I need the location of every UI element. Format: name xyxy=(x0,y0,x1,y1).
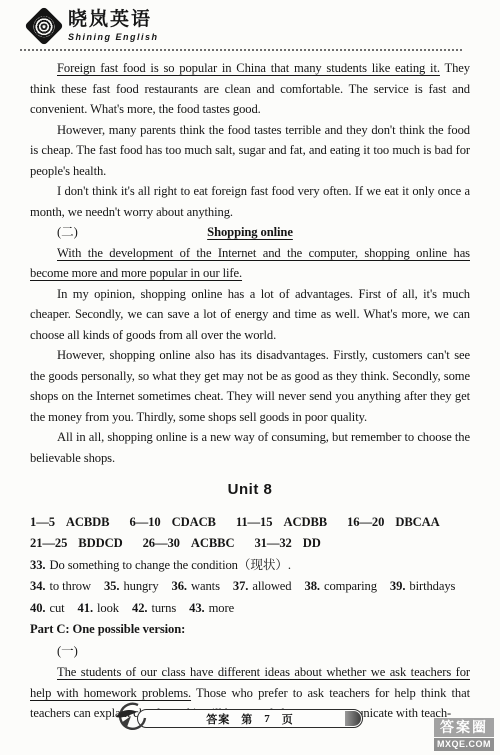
answer-text: wants xyxy=(191,579,220,593)
brand-logo: 晓岚英语 Shining English xyxy=(26,10,500,42)
footer-capsule: 答案 第 7 页 xyxy=(137,709,363,728)
section-marker: (二) xyxy=(57,222,78,243)
question-number: 33. xyxy=(30,558,45,572)
scanned-answer-page: 晓岚英语 Shining English Foreign fast food i… xyxy=(0,0,500,755)
watermark-domain: MXQE.COM xyxy=(434,738,494,751)
question-number: 39. xyxy=(390,579,405,593)
question-number: 40. xyxy=(30,601,45,615)
answer-group: 1—5ACBDB xyxy=(30,512,109,534)
question-number: 37. xyxy=(233,579,248,593)
answer-item: 37.allowed xyxy=(233,576,292,598)
question-range: 21—25 xyxy=(30,533,67,555)
page-header: 晓岚英语 Shining English xyxy=(0,0,500,51)
answer-group: 6—10CDACB xyxy=(129,512,215,534)
answer-item: 39.birthdays xyxy=(390,576,455,598)
answer-text: turns xyxy=(151,601,176,615)
question-number: 35. xyxy=(104,579,119,593)
answer-text: comparing xyxy=(324,579,377,593)
answer-item: 34.to throw xyxy=(30,576,91,598)
question-number: 43. xyxy=(189,601,204,615)
unit-heading: Unit 8 xyxy=(30,480,470,501)
question-range: 31—32 xyxy=(254,533,291,555)
answer-item: 42.turns xyxy=(132,598,176,620)
answer-text: cut xyxy=(49,601,64,615)
question-range: 1—5 xyxy=(30,512,55,534)
footer-page-word: 第 xyxy=(241,711,253,727)
answer-item: 41.look xyxy=(78,598,119,620)
fill-in-row-2: 40.cut 41.look 42.turns 43.more xyxy=(30,598,470,620)
fastfood-paragraph-1: Foreign fast food is so popular in China… xyxy=(30,58,470,120)
answer-group: 21—25BDDCD xyxy=(30,533,123,555)
answer-text: birthdays xyxy=(409,579,455,593)
answer-letters: ACBBC xyxy=(191,533,235,555)
fill-in-row-1: 34.to throw 35.hungry 36.wants 37.allowe… xyxy=(30,576,470,598)
question-range: 26—30 xyxy=(143,533,180,555)
answer-group: 11—15ACDBB xyxy=(236,512,327,534)
essay2-title-row: (二) Shopping online xyxy=(30,222,470,243)
swirl-icon xyxy=(110,700,148,736)
answer-letters: ACDBB xyxy=(283,512,327,534)
answer-letters: BDDCD xyxy=(78,533,122,555)
page-content: Foreign fast food is so popular in China… xyxy=(0,51,500,724)
brand-name-chinese: 晓岚英语 xyxy=(68,10,159,29)
watermark-chinese: 答案圈 xyxy=(434,718,494,737)
answer-letters: CDACB xyxy=(172,512,216,534)
multiple-choice-row-2: 21—25BDDCD 26—30ACBBC 31—32DD xyxy=(30,533,470,555)
shopping-paragraph-2: However, shopping online also has its di… xyxy=(30,345,470,427)
shopping-paragraph-3: All in all, shopping online is a new way… xyxy=(30,427,470,468)
footer-page-number: 7 xyxy=(264,713,271,725)
answer-item: 36.wants xyxy=(172,576,220,598)
question-range: 16—20 xyxy=(347,512,384,534)
underlined-sentence: Foreign fast food is so popular in China… xyxy=(57,61,440,75)
page-footer: 答案 第 7 页 xyxy=(137,709,363,728)
logo-diamond-icon xyxy=(24,6,64,46)
answer-item: 35.hungry xyxy=(104,576,159,598)
answer-item: 40.cut xyxy=(30,598,65,620)
answer-group: 26—30ACBBC xyxy=(143,533,235,555)
answer-group: 31—32DD xyxy=(254,533,320,555)
answer-group: 16—20DBCAA xyxy=(347,512,440,534)
writing-section-marker: (一) xyxy=(30,641,470,663)
question-number: 36. xyxy=(172,579,187,593)
answer-letters: DBCAA xyxy=(395,512,439,534)
question-number: 34. xyxy=(30,579,45,593)
capsule-end-decoration xyxy=(345,711,361,726)
answer-text: to throw xyxy=(49,579,91,593)
question-number: 41. xyxy=(78,601,93,615)
brand-name-english: Shining English xyxy=(68,32,159,42)
answer-item-33: 33.Do something to change the condition（… xyxy=(30,555,470,577)
answer-text: Do something to change the condition（现状）… xyxy=(49,558,290,572)
fastfood-paragraph-2: However, many parents think the food tas… xyxy=(30,120,470,182)
answer-text: more xyxy=(209,601,234,615)
question-range: 11—15 xyxy=(236,512,273,534)
brand-text: 晓岚英语 Shining English xyxy=(68,10,159,42)
footer-label: 答案 xyxy=(206,711,230,727)
multiple-choice-row-1: 1—5ACBDB 6—10CDACB 11—15ACDBB 16—20DBCAA xyxy=(30,512,470,534)
shopping-intro: With the development of the Internet and… xyxy=(30,243,470,284)
answer-letters: ACBDB xyxy=(66,512,110,534)
footer-page-unit: 页 xyxy=(282,711,294,727)
question-number: 38. xyxy=(305,579,320,593)
essay2-title: Shopping online xyxy=(30,222,470,243)
question-range: 6—10 xyxy=(129,512,160,534)
answer-item: 38.comparing xyxy=(305,576,377,598)
answer-text: hungry xyxy=(123,579,158,593)
answer-item: 43.more xyxy=(189,598,234,620)
question-number: 42. xyxy=(132,601,147,615)
answer-text: look xyxy=(97,601,119,615)
underlined-sentence: With the development of the Internet and… xyxy=(30,246,470,281)
logo-spiral-icon xyxy=(34,16,55,37)
fastfood-paragraph-3: I don't think it's all right to eat fore… xyxy=(30,181,470,222)
part-c-label: Part C: One possible version: xyxy=(30,619,470,641)
watermark: 答案圈 MXQE.COM xyxy=(434,718,494,751)
answer-letters: DD xyxy=(303,533,321,555)
answer-text: allowed xyxy=(252,579,291,593)
shopping-paragraph-1: In my opinion, shopping online has a lot… xyxy=(30,284,470,346)
